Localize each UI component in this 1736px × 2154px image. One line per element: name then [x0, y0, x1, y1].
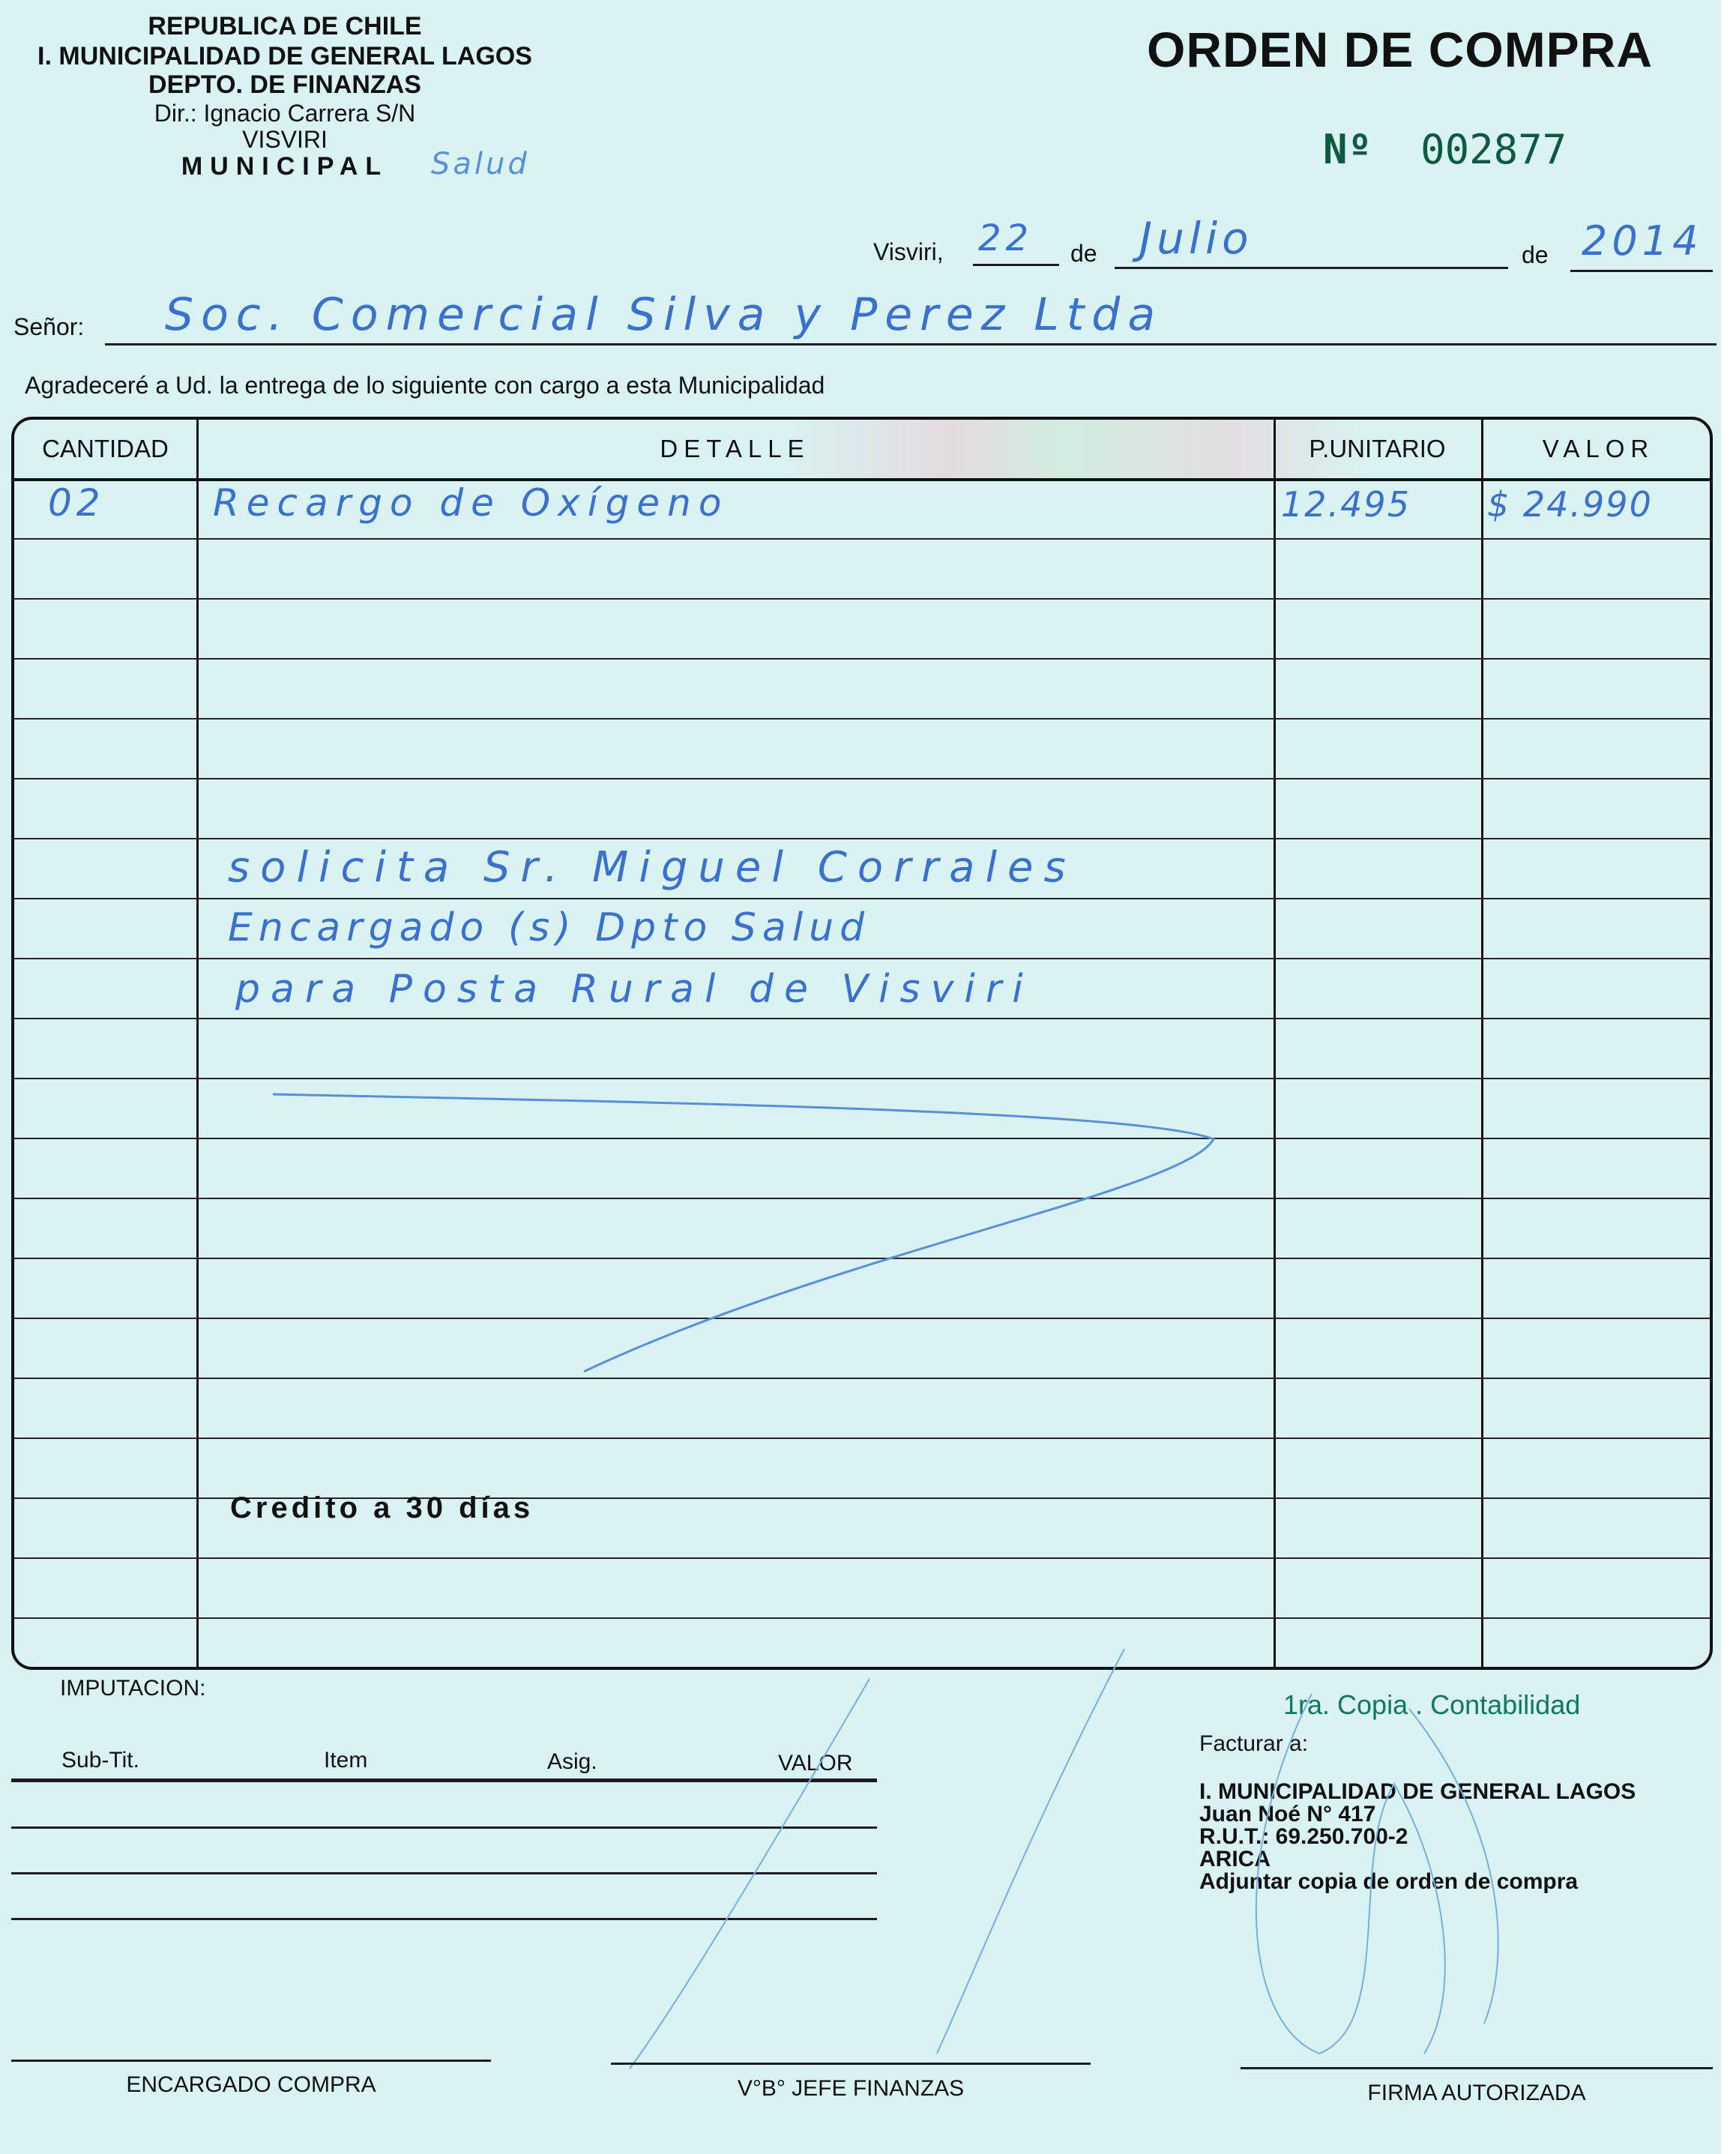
date-de-label: de: [1070, 240, 1097, 268]
order-number-prefix: Nº: [1323, 126, 1372, 173]
imputacion-title: IMPUTACION:: [60, 1676, 205, 1701]
order-number-value: 002877: [1420, 126, 1567, 173]
purchase-order-form: REPUBLICA DE CHILE I. MUNICIPALIDAD DE G…: [0, 0, 1721, 2154]
org-department: DEPTO. DE FINANZAS: [0, 70, 570, 100]
intro-text: Agradeceré a Ud. la entrega de lo siguie…: [25, 372, 825, 399]
imputacion-col-item: Item: [324, 1748, 367, 1773]
signature-jefe-finanzas: V°B° JEFE FINANZAS: [611, 2076, 1091, 2102]
date-place-label: Visviri,: [873, 238, 944, 266]
date-de-label-2: de: [1522, 241, 1549, 269]
recipient-label: Señor:: [13, 313, 84, 341]
imputacion-col-subtit: Sub-Tit.: [61, 1748, 139, 1773]
document-title: ORDEN DE COMPRA: [1147, 21, 1653, 78]
order-number: Nº 002877: [1323, 126, 1567, 173]
signature-encargado-compra: ENCARGADO COMPRA: [11, 2072, 491, 2098]
org-country: REPUBLICA DE CHILE: [0, 12, 570, 41]
handwritten-department: Salud: [431, 147, 530, 181]
recipient-value[interactable]: Soc. Comercial Silva y Perez Ltda: [165, 289, 1163, 341]
date-year[interactable]: 2014: [1582, 217, 1702, 265]
org-address: Dir.: Ignacio Carrera S/N: [0, 100, 570, 127]
pen-strike-icon: [14, 420, 1713, 1670]
signature-firma-autorizada: FIRMA AUTORIZADA: [1241, 2081, 1713, 2106]
org-municipality: I. MUNICIPALIDAD DE GENERAL LAGOS: [0, 42, 570, 71]
date-month[interactable]: Julio: [1139, 213, 1253, 264]
items-table: CANTIDAD DETALLE P.UNITARIO VALOR 02 Rec…: [11, 417, 1713, 1670]
date-day[interactable]: 22: [978, 217, 1033, 259]
credit-terms: Credito a 30 días: [230, 1491, 534, 1525]
signature-scribble-icon: [450, 1634, 1724, 2084]
